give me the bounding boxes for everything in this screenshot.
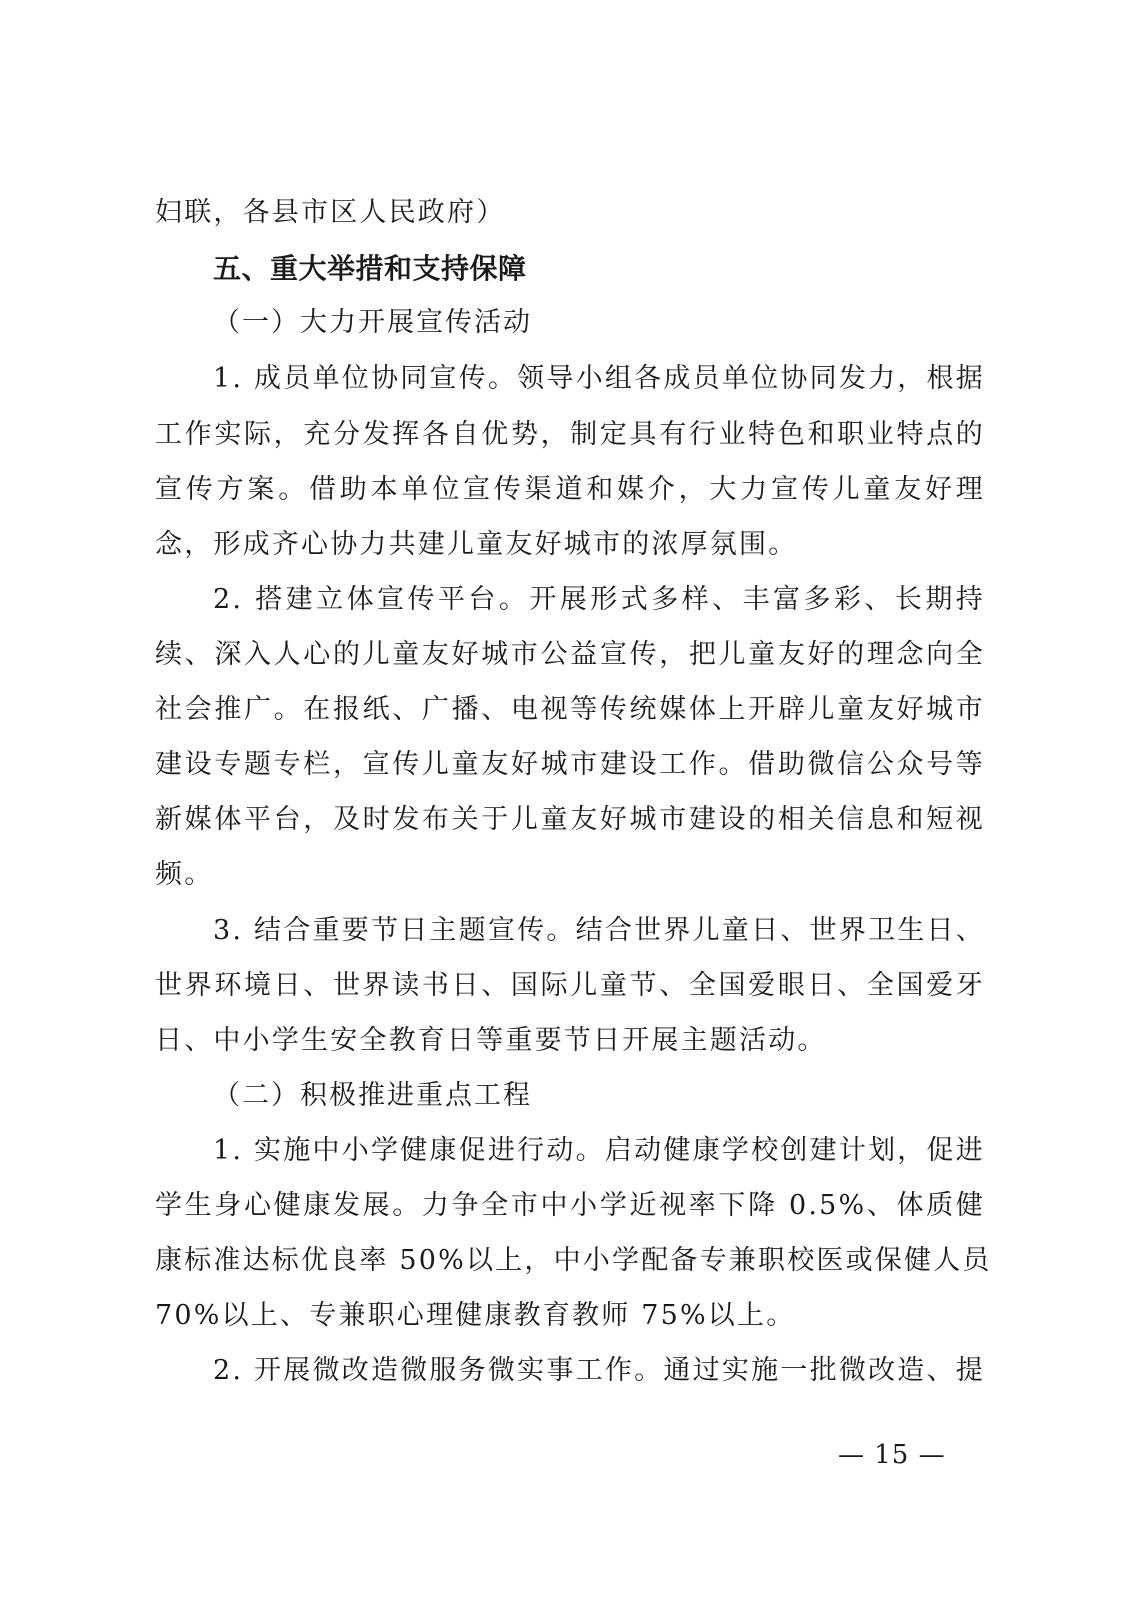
paragraph-1-line-3: 宣传方案。借助本单位宣传渠道和媒介，大力宣传儿童友好理 xyxy=(155,470,985,510)
paragraph-3-line-3: 日、中小学生安全教育日等重要节日开展主题活动。 xyxy=(155,1021,985,1061)
paragraph-5-line-1: 2. 开展微改造微服务微实事工作。通过实施一批微改造、提 xyxy=(213,1351,985,1391)
page-number: — 15 — xyxy=(838,1435,946,1475)
subsection-heading-1: （一）大力开展宣传活动 xyxy=(213,303,532,343)
paragraph-4-line-1: 1. 实施中小学健康促进行动。启动健康学校创建计划，促进 xyxy=(213,1131,985,1171)
paragraph-3-line-2: 世界环境日、世界读书日、国际儿童节、全国爱眼日、全国爱牙 xyxy=(155,966,985,1006)
continuation-line: 妇联，各县市区人民政府） xyxy=(155,193,985,233)
paragraph-4-line-2: 学生身心健康发展。力争全市中小学近视率下降 0.5%、体质健 xyxy=(155,1186,985,1226)
paragraph-2-line-3: 社会推广。在报纸、广播、电视等传统媒体上开辟儿童友好城市 xyxy=(155,690,985,730)
paragraph-1-line-2: 工作实际，充分发挥各自优势，制定具有行业特色和职业特点的 xyxy=(155,415,985,455)
paragraph-2-line-1: 2. 搭建立体宣传平台。开展形式多样、丰富多彩、长期持 xyxy=(213,580,985,620)
paragraph-2-line-5: 新媒体平台，及时发布关于儿童友好城市建设的相关信息和短视 xyxy=(155,800,985,840)
section-heading: 五、重大举措和支持保障 xyxy=(213,249,527,289)
paragraph-2-line-4: 建设专题专栏，宣传儿童友好城市建设工作。借助微信公众号等 xyxy=(155,745,985,785)
paragraph-4-line-3: 康标准达标优良率 50%以上，中小学配备专兼职校医或保健人员 xyxy=(155,1241,985,1281)
paragraph-4-line-4: 70%以上、专兼职心理健康教育教师 75%以上。 xyxy=(155,1296,985,1336)
paragraph-1-line-4: 念，形成齐心协力共建儿童友好城市的浓厚氛围。 xyxy=(155,525,985,565)
paragraph-2-line-2: 续、深入人心的儿童友好城市公益宣传，把儿童友好的理念向全 xyxy=(155,635,985,675)
document-page: 妇联，各县市区人民政府） 五、重大举措和支持保障 （一）大力开展宣传活动 1. … xyxy=(0,0,1130,1600)
paragraph-1-line-1: 1. 成员单位协同宣传。领导小组各成员单位协同发力，根据 xyxy=(213,359,985,399)
paragraph-2-line-6: 频。 xyxy=(155,855,985,895)
paragraph-3-line-1: 3. 结合重要节日主题宣传。结合世界儿童日、世界卫生日、 xyxy=(213,911,985,951)
subsection-heading-2: （二）积极推进重点工程 xyxy=(213,1076,532,1116)
